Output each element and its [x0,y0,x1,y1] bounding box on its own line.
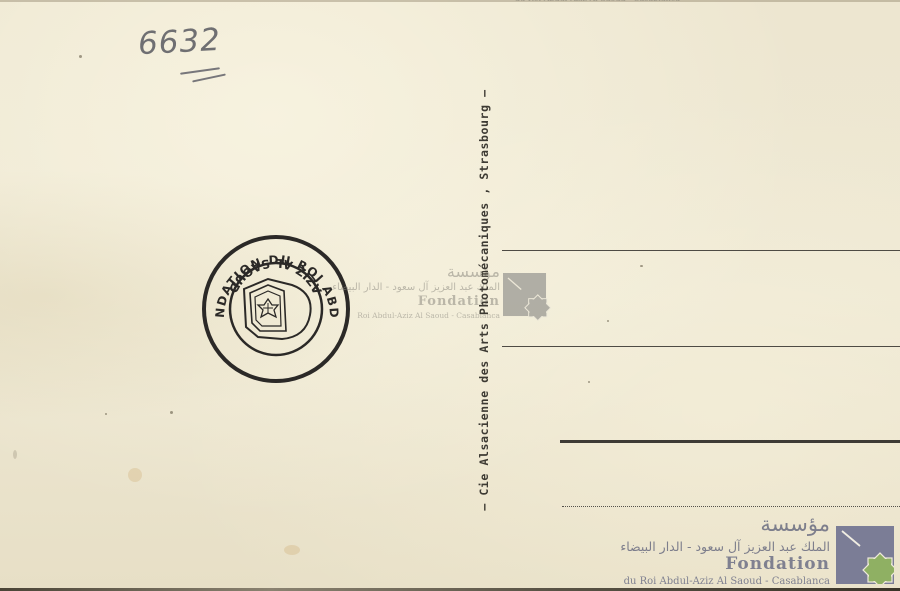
handwritten-underline [180,67,220,75]
stamp-emblem-icon [244,279,311,339]
foundation-logo-icon [836,526,894,584]
svg-text:FONDATION DU ROI ABDUL: FONDATION DU ROI ABDUL [198,233,341,319]
watermark-arabic-subtitle: الملك عبد العزيز آل سعود - الدار البيضاء [332,282,500,293]
speck [105,413,107,415]
watermark-subtitle: du Roi Abdul-Aziz Al Saoud - Casablanca [624,576,830,587]
watermark-arabic-title: مؤسسة [447,262,500,281]
handwritten-underline [192,73,226,82]
publisher-imprint: — Cie Alsacienne des Arts Photomécanique… [477,89,491,510]
speck [588,381,590,383]
address-line-dotted [562,506,900,507]
speck [640,265,643,267]
watermark-top-subtitle: du Roi Abdul-Aziz Al Saoud - Casablanca [515,0,680,3]
speck [13,450,17,459]
watermark-name: Fondation [725,554,830,574]
stamp-top-text: FONDATION DU ROI ABDUL [198,233,341,319]
speck [79,55,82,58]
foundation-logo-icon [503,273,551,321]
address-line [502,346,900,347]
top-watermark-fragment: du Roi Abdul-Aziz Al Saoud - Casablanca [440,0,680,4]
stamp-bottom-text: AZIZ AL SAOUD [225,256,325,297]
handwritten-number: 6632 [137,22,222,62]
address-line [502,250,900,251]
speck [170,411,173,414]
svg-text:AZIZ AL SAOUD: AZIZ AL SAOUD [225,256,325,297]
address-line [560,440,900,443]
stain [128,468,142,482]
foundation-watermark: مؤسسة الملك عبد العزيز آل سعود - الدار ا… [620,512,830,590]
watermark-arabic-subtitle: الملك عبد العزيز آل سعود - الدار البيضاء [620,539,830,554]
speck [607,320,609,322]
watermark-arabic-title: مؤسسة [760,512,830,536]
stain [284,545,300,555]
foundation-stamp: FONDATION DU ROI ABDUL AZIZ AL SAOUD [198,233,354,385]
postcard-back: 6632 FONDATION DU ROI ABDUL AZIZ AL SAOU… [0,0,900,591]
